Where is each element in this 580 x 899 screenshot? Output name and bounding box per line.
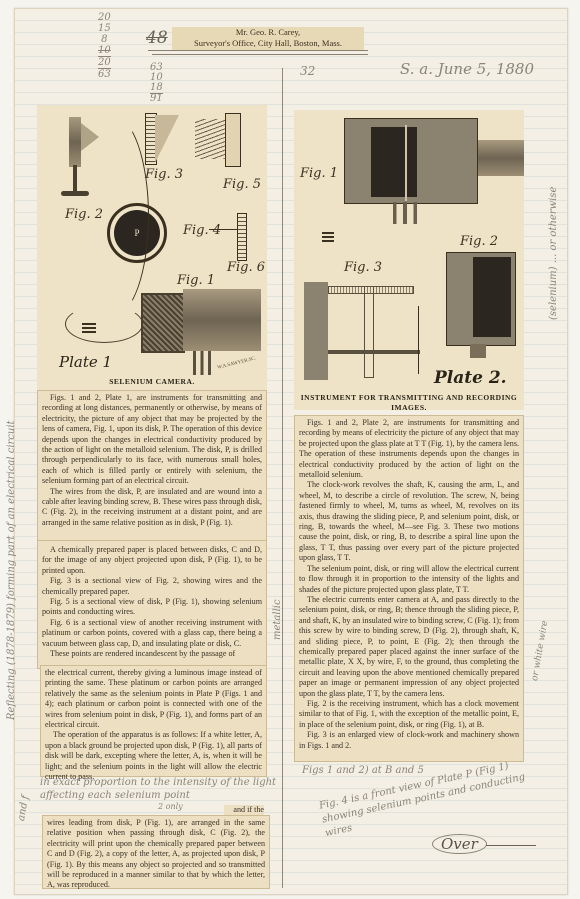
plate2-paragraph: Fig. 2 is the receiving instrument, whic… [299,699,519,730]
plate2-fig3-arm [364,286,374,378]
plate1-paragraph: the electrical current, thereby giving a… [45,668,262,730]
plate1-paragraph: These points are rendered incandescent b… [42,649,262,659]
plate2-glass-tt [405,125,407,201]
fig4-pointer [209,229,239,230]
plate2-battery [322,232,334,244]
plate1-paragraph: A chemically prepared paper is placed be… [42,545,262,576]
plate2-paragraph: The electric currents enter camera at A,… [299,595,519,699]
plate1-paragraph: wires leading from disk, P (Fig. 1), are… [47,818,265,891]
fig6-label: Fig. 6 [227,260,265,275]
plate2-caption: INSTRUMENT FOR TRANSMITTING AND RECORDIN… [294,393,524,413]
plate1-paragraph: The operation of the apparatus is as fol… [45,730,262,782]
page-number: 32 [300,64,315,78]
fig1-camera-lens-body [183,289,261,351]
engraver-signature: W.A.SAWYER.SC. [217,356,257,370]
plate2-camera-interior [371,127,417,197]
pencil-insertion-note: in exact proportion to the intensity of … [40,776,280,802]
fig2-stand-pole [73,165,77,193]
plate1-text-clip-4: wires leading from disk, P (Fig. 1), are… [42,815,270,889]
plate1-text-clip-2: A chemically prepared paper is placed be… [37,540,267,669]
fig2-stand-head [69,117,81,167]
fig1-camera-back [141,293,185,353]
plate1-caption: SELENIUM CAMERA. [37,377,267,386]
fig3-label: Fig. 3 [145,167,183,182]
header-address-clipping: Mr. Geo. R. Carey, Surveyor's Office, Ci… [172,27,364,51]
plate1-paragraph-fragment: and if the [224,805,264,815]
date-note: S. a. June 5, 1880 [400,60,534,78]
column-divider [282,68,283,888]
over-arrow-icon [486,845,536,846]
plate2-fig1-label: Fig. 1 [300,166,338,181]
fig1-label: Fig. 1 [177,273,215,288]
plate2-paragraph: The clock-work revolves the shaft, K, ca… [299,480,519,563]
plate1-text-clip-3: the electrical current, thereby giving a… [40,665,267,777]
plate2-fig3-label: Fig. 3 [344,260,382,275]
plate2-receiver-interior [473,257,511,337]
pencil-sum-left: 20 15 8 10 20 63 [98,12,111,80]
plate1-paragraph: Fig. 5 is a sectional view of disk, P (F… [42,597,262,618]
plate2-fig3-shaft [328,350,420,354]
fig4-label: Fig. 4 [183,223,221,238]
crossed-number: 48 [146,28,168,48]
plate2-text-clip: Figs. 1 and 2, Plate 2, are instruments … [294,415,524,762]
plate1-illustration: Fig. 2 Fig. 3 Fig. 5 P Fig. 4 Fig. 6 Fig… [37,105,267,390]
plate2-camera-box [344,118,478,204]
small-note: 2 only [158,802,183,811]
plate2-tripod [390,202,420,224]
header-rule-2 [152,54,368,55]
plate1-text-clip-1: Figs. 1 and 2, Plate 1, are instruments … [37,390,267,542]
plate2-paragraph: Fig. 3 is an enlarged view of clock-work… [299,730,519,751]
plate2-illustration: Fig. 1 Fig. 2 Fig. 3 Plate 2. [294,110,524,410]
plate1-paragraph: Figs. 1 and 2, Plate 1, are instruments … [42,393,262,487]
header-rule-1 [148,50,368,51]
left-margin-note: Reflecting (1878-1879) forming part of a… [6,420,17,720]
plate2-receiver-base [470,344,486,358]
plate1-paragraph: Fig. 3 is a sectional view of Fig. 2, sh… [42,576,262,597]
plate1-title: Plate 1 [59,353,112,371]
plate2-fig2-label: Fig. 2 [460,234,498,249]
plate2-paragraph: The selenium point, disk, or ring will a… [299,564,519,595]
plate1-paragraph: The wires from the disk, P, are insulate… [42,487,262,529]
fig1-tripod [187,351,217,375]
fig5-disk-section [225,113,241,167]
pencil-sum-right: 63 10 18 91 [150,63,163,104]
plate2-paragraph: Figs. 1 and 2, Plate 2, are instruments … [299,418,519,480]
plate1-paragraph: Fig. 6 is a sectional view of another re… [42,618,262,649]
plate2-receiver-box [446,252,516,346]
cable-wire [77,115,149,317]
plate2-lens [478,140,524,176]
fig5-label: Fig. 5 [223,177,261,192]
bottom-right-note-1: Figs 1 and 2) at B and 5 [302,765,424,776]
over-note: Over [432,834,487,854]
addressee-name: Mr. Geo. R. Carey, [172,27,364,38]
right-margin-note: (selenium) ... or otherwise [548,187,559,320]
fig3-cone [155,115,179,163]
addressee-office: Surveyor's Office, City Hall, Boston, Ma… [172,38,364,49]
plate2-fig3-frame [304,282,328,380]
between-columns-note: metallic [272,599,283,640]
fig6-plate [237,213,247,261]
fig5-wires [195,119,225,159]
plate2-fig3-glass [418,306,419,374]
plate2-caption-line1: INSTRUMENT FOR TRANSMITTING AND RECORDIN… [294,393,524,403]
plate2-title: Plate 2. [434,368,507,388]
plate2-caption-line2: IMAGES. [294,403,524,413]
